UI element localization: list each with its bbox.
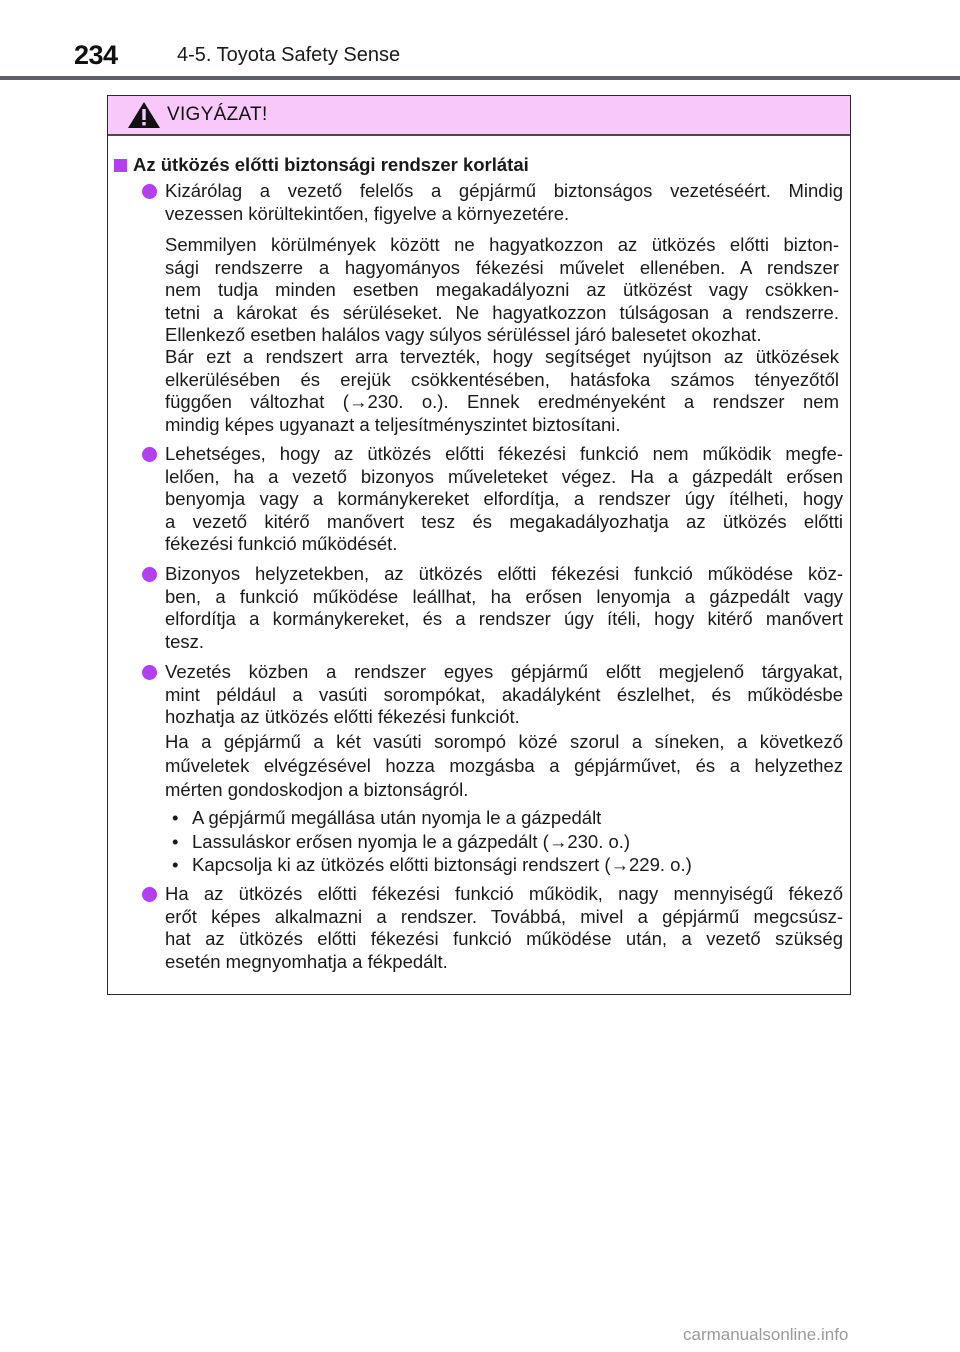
text-line: tetni a károkat és sérüléseket. Ne hagya… — [165, 302, 839, 325]
text-line: a vezető kitérő manővert tesz és megakad… — [165, 511, 843, 534]
sub-bullet-item: •A gépjármű megállása után nyomja le a g… — [172, 806, 692, 830]
text-line: Ha a gépjármű a két vasúti sorompó közé … — [165, 730, 843, 754]
text-line: elkerülésében és erejük csökkentésében, … — [165, 369, 839, 392]
bullet-dot-icon — [142, 447, 157, 462]
text-line: erőt képes alkalmazni a rendszer. Tovább… — [165, 906, 843, 929]
bullet-dot-icon — [142, 887, 157, 902]
text-line: benyomja vagy a kormánykereket elfordítj… — [165, 488, 843, 511]
text-line: Lehetséges, hogy az ütközés előtti fékez… — [165, 443, 843, 466]
bullet-icon: • — [172, 830, 192, 854]
warning-triangle-icon — [127, 101, 161, 129]
sub-bullet-text: A gépjármű megállása után nyomja le a gá… — [192, 807, 601, 828]
text-line: Kizárólag a vezető felelős a gépjármű bi… — [165, 180, 843, 203]
paragraph: Bár ezt a rendszert arra tervezték, hogy… — [165, 346, 839, 436]
text-line: Bár ezt a rendszert arra tervezték, hogy… — [165, 346, 839, 369]
paragraph: Ha a gépjármű a két vasúti sorompó közé … — [165, 730, 843, 802]
section-heading-text: Az ütközés előtti biztonsági rendszer ko… — [133, 154, 529, 176]
text-line: Semmilyen körülmények között ne hagyatko… — [165, 234, 839, 257]
list-item: Vezetés közben a rendszer egyes gépjármű… — [165, 661, 843, 729]
text-line: tesz. — [165, 631, 843, 654]
text-line: Ellenkező esetben halálos vagy súlyos sé… — [165, 324, 839, 347]
list-item: Kizárólag a vezető felelős a gépjármű bi… — [165, 180, 843, 225]
text-line: esetén megnyomhatja a fékpedált. — [165, 951, 843, 974]
warning-header: VIGYÁZAT! — [108, 96, 850, 136]
list-item: Bizonyos helyzetekben, az ütközés előtti… — [165, 563, 843, 653]
list-item: Ha az ütközés előtti fékezési funkció mű… — [165, 883, 843, 973]
text-line: Ha az ütközés előtti fékezési funkció mű… — [165, 883, 843, 906]
text-line: elfordítja a kormánykereket, és a rendsz… — [165, 608, 843, 631]
text-line: vezessen körültekintően, figyelve a körn… — [165, 203, 843, 226]
sub-bullet-text: Lassuláskor erősen nyomja le a gázpedált… — [192, 831, 630, 852]
bullet-icon: • — [172, 853, 192, 877]
text-line: hozhatja az ütközés előtti fékezési funk… — [165, 706, 843, 729]
sub-bullet-text: Kapcsolja ki az ütközés előtti biztonság… — [192, 854, 692, 875]
text-line: fékezési funkció működését. — [165, 533, 843, 556]
text-line: mindig képes ugyanazt a teljesítményszin… — [165, 414, 839, 437]
warning-title: VIGYÁZAT! — [167, 104, 268, 126]
square-bullet-icon — [114, 159, 127, 172]
warning-box: VIGYÁZAT! Az ütközés előtti biztonsági r… — [107, 95, 851, 995]
section-heading: Az ütközés előtti biztonsági rendszer ko… — [114, 154, 529, 176]
text-line: sági rendszerre a hagyományos fékezési m… — [165, 257, 839, 280]
bullet-dot-icon — [142, 184, 157, 199]
watermark: carmanualsonline.info — [683, 1325, 848, 1345]
text-line: Vezetés közben a rendszer egyes gépjármű… — [165, 661, 843, 684]
text-line: függően változhat (→230. o.). Ennek ered… — [165, 391, 839, 414]
sub-bullet-list: •A gépjármű megállása után nyomja le a g… — [172, 806, 692, 877]
text-line: hat az ütközés előtti fékezési funkció m… — [165, 928, 843, 951]
page-number: 234 — [74, 40, 118, 71]
bullet-dot-icon — [142, 567, 157, 582]
section-title: 4-5. Toyota Safety Sense — [177, 44, 400, 67]
text-line: műveletek elvégzésével hozza mozgásba a … — [165, 754, 843, 778]
paragraph: Semmilyen körülmények között ne hagyatko… — [165, 234, 839, 347]
text-line: nem tudja minden esetben megakadályozni … — [165, 279, 839, 302]
text-line: ben, a funkció működése leállhat, ha erő… — [165, 586, 843, 609]
bullet-dot-icon — [142, 665, 157, 680]
header-divider — [0, 76, 960, 80]
text-line: lelően, ha a vezető bizonyos műveleteket… — [165, 466, 843, 489]
sub-bullet-item: •Lassuláskor erősen nyomja le a gázpedál… — [172, 830, 692, 854]
text-line: mérten gondoskodjon a biztonságról. — [165, 778, 843, 802]
list-item: Lehetséges, hogy az ütközés előtti fékez… — [165, 443, 843, 556]
sub-bullet-item: •Kapcsolja ki az ütközés előtti biztonsá… — [172, 853, 692, 877]
text-line: Bizonyos helyzetekben, az ütközés előtti… — [165, 563, 843, 586]
bullet-icon: • — [172, 806, 192, 830]
text-line: mint például a vasúti sorompókat, akadál… — [165, 684, 843, 707]
